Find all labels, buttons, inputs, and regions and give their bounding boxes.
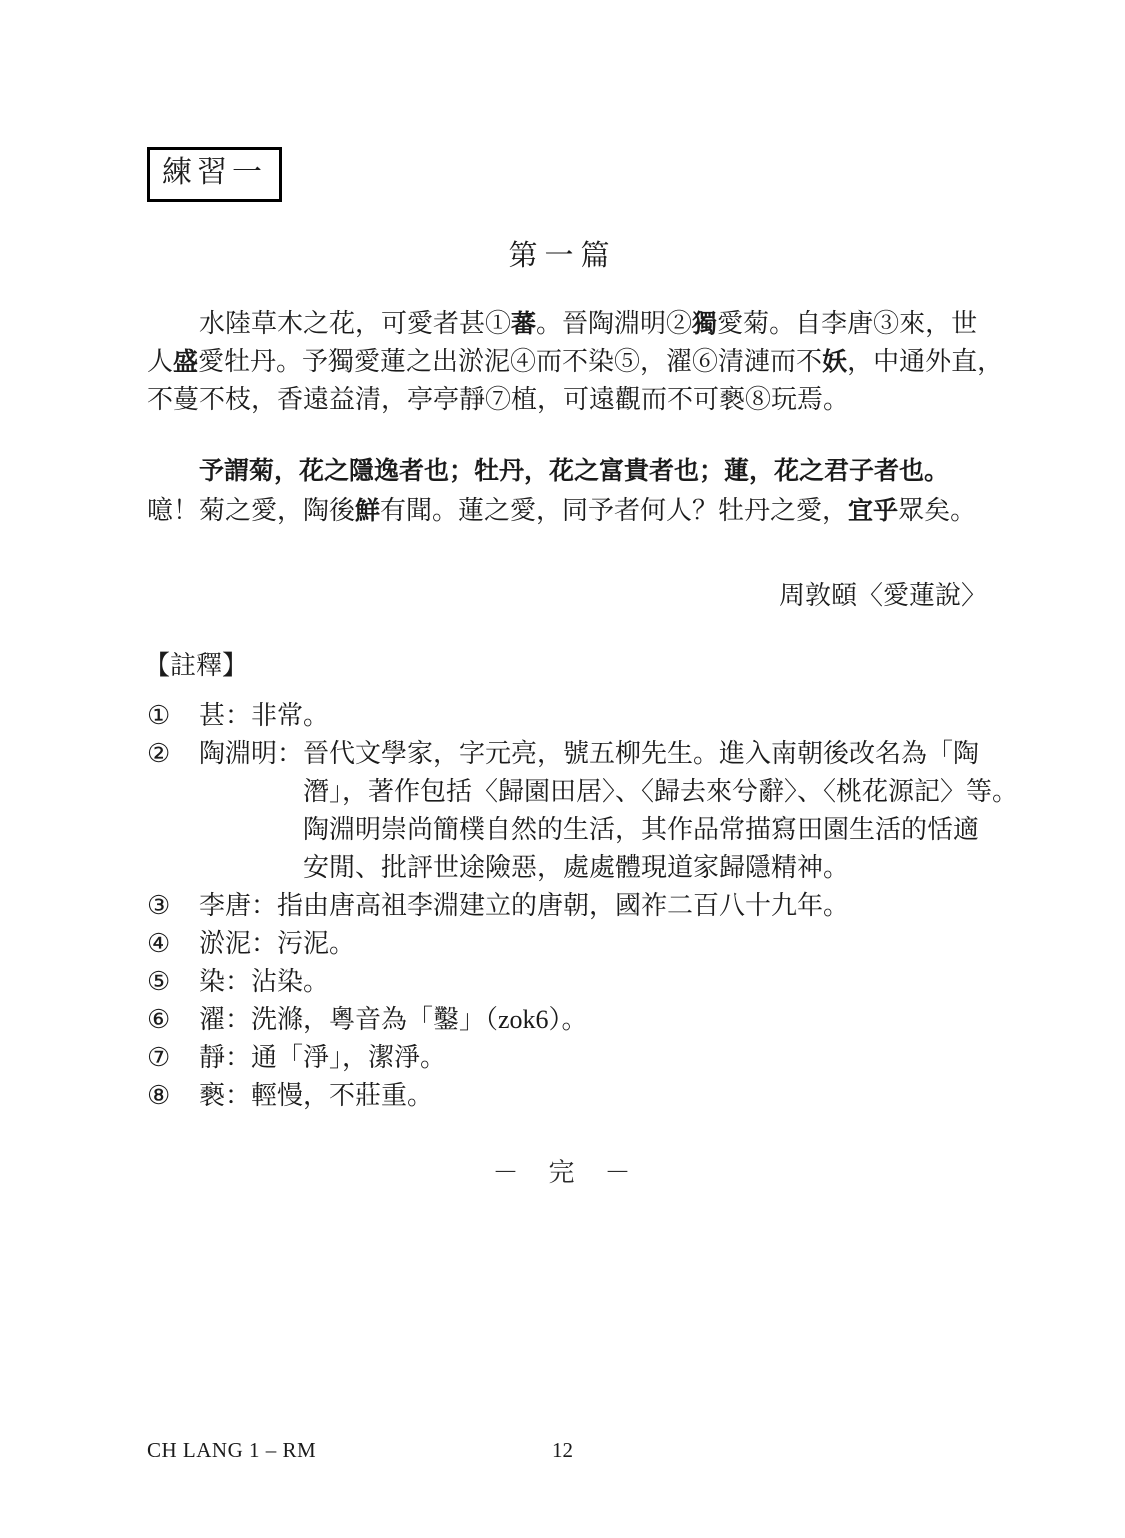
emphasized-text: 盛 — [173, 348, 198, 376]
note-text: 李唐：指由唐高祖李淵建立的唐朝，國祚二百八十九年。 — [199, 887, 1017, 925]
emphasized-text: 鮮 — [355, 497, 380, 525]
text-segment: 愛牡丹。予獨愛蓮之出淤泥④而不染⑤，濯⑥清漣而不 — [198, 347, 822, 376]
text-line: 染：沾染。 — [199, 963, 1017, 1001]
note-number: ② — [147, 735, 199, 773]
note-text: 褻：輕慢，不莊重。 — [199, 1077, 1017, 1115]
page-footer: CH LANG 1 – RM 12 — [0, 1438, 1125, 1463]
text-line: 噫！菊之愛，陶後鮮有聞。蓮之愛，同予者何人？牡丹之愛，宜乎眾矣。 — [147, 491, 1007, 531]
emphasized-text: 宜乎 — [848, 497, 898, 525]
note-item: ⑦靜：通「淨」，潔淨。 — [147, 1039, 1017, 1077]
emphasized-text: 獨 — [692, 310, 717, 338]
text-line: 李唐：指由唐高祖李淵建立的唐朝，國祚二百八十九年。 — [199, 887, 1017, 925]
text-line: 褻：輕慢，不莊重。 — [199, 1077, 1017, 1115]
passage-title: 第一篇 — [0, 233, 1125, 274]
text-line: 潛」，著作包括〈歸園田居〉、〈歸去來兮辭〉、〈桃花源記〉等。 — [199, 773, 1018, 811]
note-item: ⑧褻：輕慢，不莊重。 — [147, 1077, 1017, 1115]
note-number: ⑤ — [147, 963, 199, 1001]
note-number: ④ — [147, 925, 199, 963]
note-text: 濯：洗滌，粵音為「鑿」（zok6）。 — [199, 1001, 1017, 1039]
emphasized-text: 妖 — [822, 348, 847, 376]
note-text: 靜：通「淨」，潔淨。 — [199, 1039, 1017, 1077]
emphasized-text: 予謂菊，花之隱逸者也；牡丹，花之富貴者也；蓮，花之君子者也。 — [199, 457, 949, 485]
note-text: 甚：非常。 — [199, 697, 1017, 735]
text-line: 陶淵明：晉代文學家，字元亮，號五柳先生。進入南朝後改名為「陶 — [199, 735, 1018, 773]
text-segment: 。晉陶淵明② — [536, 309, 692, 338]
text-segment — [147, 456, 199, 485]
text-segment: 有聞。蓮之愛，同予者何人？牡丹之愛， — [380, 496, 848, 525]
text-line: 人盛愛牡丹。予獨愛蓮之出淤泥④而不染⑤，濯⑥清漣而不妖，中通外直， — [147, 343, 1007, 381]
text-line: 靜：通「淨」，潔淨。 — [199, 1039, 1017, 1077]
text-line: 淤泥：污泥。 — [199, 925, 1017, 963]
note-number: ⑧ — [147, 1077, 199, 1115]
text-line: 甚：非常。 — [199, 697, 1017, 735]
text-segment: ，中通外直， — [847, 347, 1003, 376]
end-marker: － 完 － — [0, 1152, 1125, 1189]
note-item: ④淤泥：污泥。 — [147, 925, 1017, 963]
note-item: ①甚：非常。 — [147, 697, 1017, 735]
passage-paragraph-1: 水陸草木之花，可愛者甚①蕃。晉陶淵明②獨愛菊。自李唐③來，世人盛愛牡丹。予獨愛蓮… — [147, 305, 1007, 418]
notes-heading: 【註釋】 — [144, 645, 248, 682]
text-line: 不蔓不枝，香遠益清，亭亭靜⑦植，可遠觀而不可褻⑧玩焉。 — [147, 381, 1007, 418]
note-item: ⑥濯：洗滌，粵音為「鑿」（zok6）。 — [147, 1001, 1017, 1039]
text-segment: 不蔓不枝，香遠益清，亭亭靜⑦植，可遠觀而不可褻⑧玩焉。 — [147, 385, 849, 414]
exercise-label: 練習一 — [162, 156, 267, 189]
text-line: 陶淵明崇尚簡樸自然的生活，其作品常描寫田園生活的恬適 — [199, 811, 1018, 849]
notes-list: ①甚：非常。②陶淵明：晉代文學家，字元亮，號五柳先生。進入南朝後改名為「陶潛」，… — [147, 697, 1017, 1115]
emphasized-text: 蕃 — [511, 310, 536, 338]
text-line: 濯：洗滌，粵音為「鑿」（zok6）。 — [199, 1001, 1017, 1039]
note-number: ① — [147, 697, 199, 735]
text-segment: 噫！菊之愛，陶後 — [147, 496, 355, 525]
note-number: ③ — [147, 887, 199, 925]
text-segment: 人 — [147, 347, 173, 376]
document-page: 練習一 第一篇 水陸草木之花，可愛者甚①蕃。晉陶淵明②獨愛菊。自李唐③來，世人盛… — [0, 0, 1125, 1538]
text-segment: 眾矣。 — [898, 496, 976, 525]
exercise-title-box: 練習一 — [147, 147, 282, 202]
passage-paragraph-2: 予謂菊，花之隱逸者也；牡丹，花之富貴者也；蓮，花之君子者也。噫！菊之愛，陶後鮮有… — [147, 451, 1007, 531]
text-line: 予謂菊，花之隱逸者也；牡丹，花之富貴者也；蓮，花之君子者也。 — [147, 451, 1007, 491]
note-number: ⑦ — [147, 1039, 199, 1077]
note-number: ⑥ — [147, 1001, 199, 1039]
text-line: 水陸草木之花，可愛者甚①蕃。晉陶淵明②獨愛菊。自李唐③來，世 — [147, 305, 1007, 343]
note-text: 淤泥：污泥。 — [199, 925, 1017, 963]
text-line: 安閒、批評世途險惡，處處體現道家歸隱精神。 — [199, 849, 1018, 887]
note-item: ②陶淵明：晉代文學家，字元亮，號五柳先生。進入南朝後改名為「陶潛」，著作包括〈歸… — [147, 735, 1017, 887]
note-item: ⑤染：沾染。 — [147, 963, 1017, 1001]
text-segment: 水陸草木之花，可愛者甚① — [147, 309, 511, 338]
footer-course-code: CH LANG 1 – RM — [147, 1438, 316, 1463]
passage-attribution: 周敦頤〈愛蓮說〉 — [147, 575, 987, 612]
note-text: 染：沾染。 — [199, 963, 1017, 1001]
note-text: 陶淵明：晉代文學家，字元亮，號五柳先生。進入南朝後改名為「陶潛」，著作包括〈歸園… — [199, 735, 1018, 887]
note-item: ③李唐：指由唐高祖李淵建立的唐朝，國祚二百八十九年。 — [147, 887, 1017, 925]
text-segment: 愛菊。自李唐③來，世 — [717, 309, 977, 338]
